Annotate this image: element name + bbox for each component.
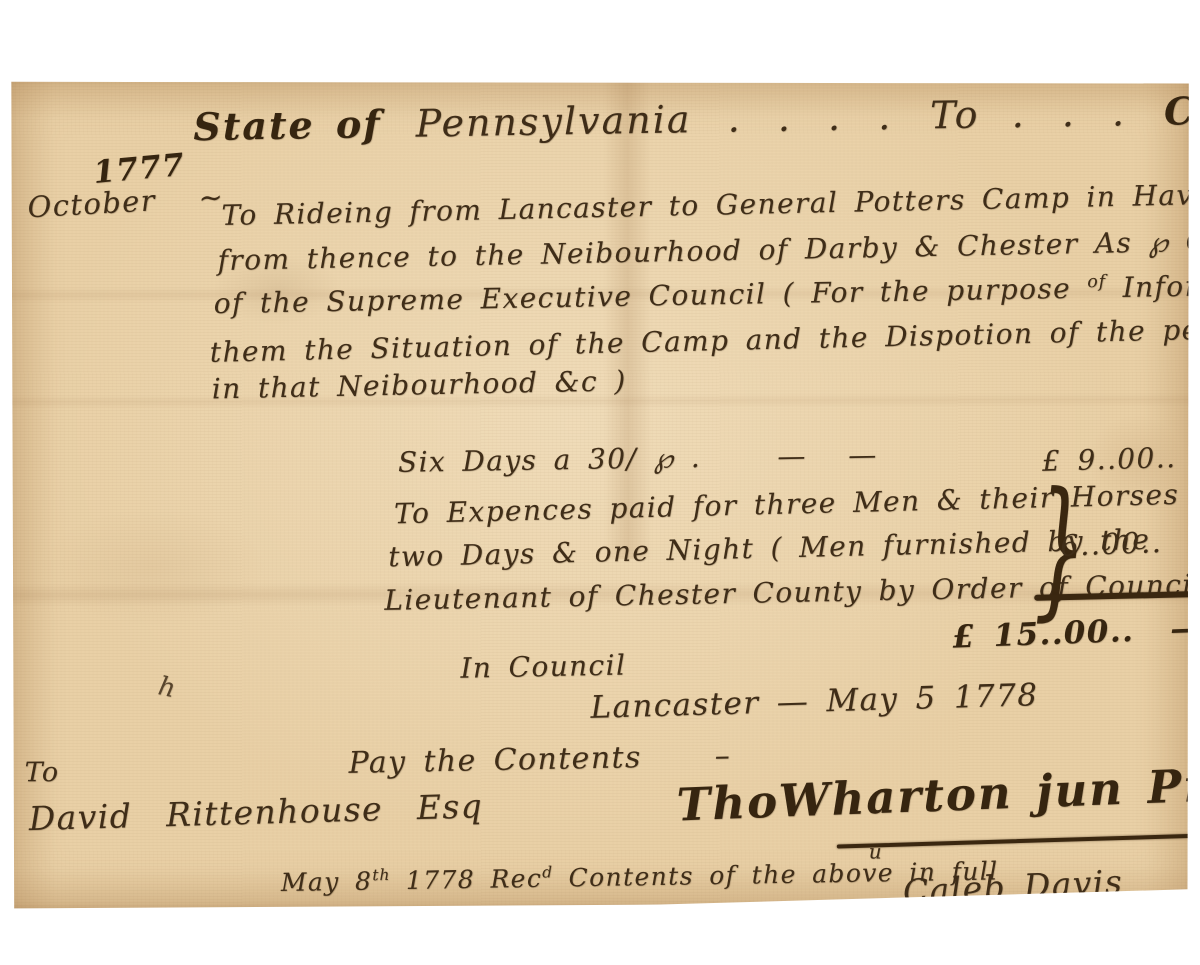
pay-order-line: Pay the Contents – [348, 738, 731, 780]
header-payee-name: Caleb Davis [1164, 84, 1200, 133]
total-amount: £ 15..00.. [952, 613, 1135, 656]
body-line-5: in that Neibourhood &c ) [211, 364, 626, 405]
header-dots-2: . . . [1011, 90, 1134, 136]
margin-month: October ~ [27, 180, 225, 225]
header-state-name: Pennsylvania [415, 97, 691, 145]
header-to-word: To [930, 93, 980, 138]
charge-days-dash-leader: — — [777, 438, 890, 473]
ink-mark-squiggle: h [156, 671, 180, 704]
foxing-stain [38, 507, 268, 627]
in-council-label: In Council [460, 649, 627, 685]
document-header: State of Pennsylvania . . . . To . . . C… [193, 83, 1200, 150]
header-state-of: State of [193, 101, 382, 149]
pay-order-text: Pay the Contents [348, 740, 642, 781]
body-line-4: them the Situation of the Camp and the D… [209, 312, 1200, 369]
receipt-line: May 8th 1778 Recd Contents of the above … [281, 856, 999, 897]
charge-days-line: Six Days a 30/ ℘ . — — [398, 438, 891, 479]
manuscript-paper: State of Pennsylvania . . . . To . . . C… [7, 75, 1193, 909]
addressee-to-word: To [25, 757, 60, 788]
body-line-3-end: Informing [1122, 268, 1200, 304]
receipt-date: May 8 [281, 867, 373, 897]
addressee-name: David Rittenhouse Esq [28, 786, 483, 838]
total-dash-flourish: — [1170, 610, 1200, 647]
receipt-received-superscript: d [542, 863, 553, 881]
body-line-3-inserted-word: of [1087, 272, 1106, 292]
body-line-1: To Rideing from Lancaster to General Pot… [221, 176, 1200, 232]
body-line-3: of the Supreme Executive Council ( For t… [213, 268, 1200, 320]
pay-order-dash: – [714, 738, 731, 773]
signature-underline-flourish [837, 834, 1199, 849]
council-place-date: Lancaster — May 5 1778 [590, 677, 1039, 726]
body-line-2: from thence to the Neibourhood of Darby … [217, 223, 1200, 277]
charges-total: £ 15..00.. — [952, 610, 1200, 655]
charge-expense-amount: 6..00.. [1060, 525, 1163, 563]
receipt-middle: 1778 Rec [390, 864, 542, 895]
body-line-3-main: of the Supreme Executive Council ( For t… [213, 272, 1071, 320]
receipt-date-superscript: th [372, 866, 391, 884]
header-dots-1: . . . . [727, 94, 900, 141]
charge-days-description: Six Days a 30/ ℘ . [398, 441, 702, 479]
vertical-fold-crease [603, 76, 652, 559]
wharton-signature: ThoWharton jun Pres’ [676, 756, 1200, 831]
